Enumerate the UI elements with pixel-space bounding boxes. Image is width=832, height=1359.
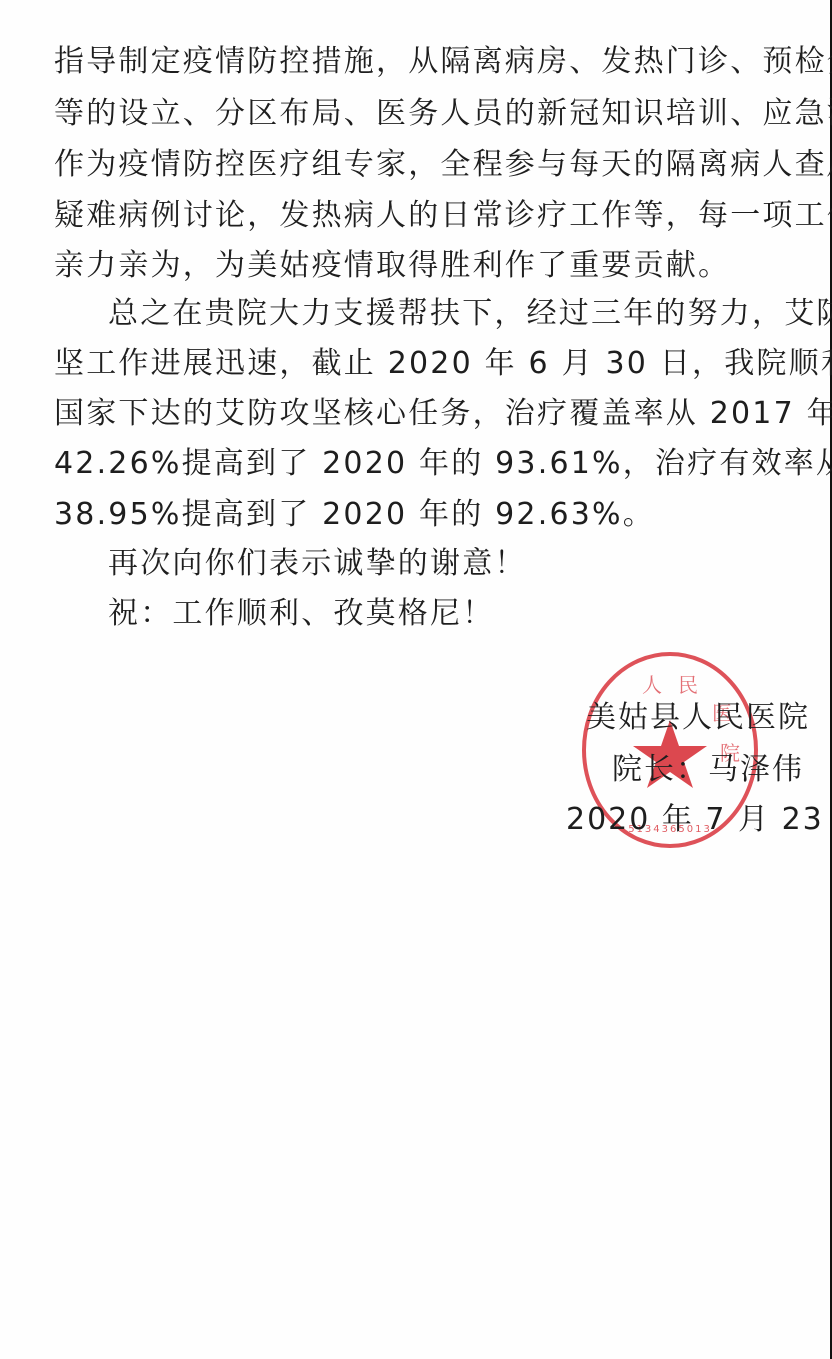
body-line: 国家下达的艾防攻坚核心任务，治疗覆盖率从 2017 年的 bbox=[54, 396, 832, 432]
svg-text:民: 民 bbox=[678, 673, 698, 697]
body-line: 亲力亲为，为美姑疫情取得胜利作了重要贡献。 bbox=[54, 248, 730, 284]
body-line: 作为疫情防控医疗组专家，全程参与每天的隔离病人查房、 bbox=[54, 147, 832, 183]
signature-president: 院长：马泽伟 bbox=[612, 752, 804, 788]
body-line: 38.95%提高到了 2020 年的 92.63%。 bbox=[54, 497, 655, 533]
signature-organization: 美姑县人民医院 bbox=[586, 700, 810, 736]
body-line: 总之在贵院大力支援帮扶下，经过三年的努力，艾防攻 bbox=[108, 296, 832, 332]
body-line: 指导制定疫情防控措施，从隔离病房、发热门诊、预检分诊 bbox=[54, 44, 832, 80]
closing-wishes: 祝：工作顺利、孜莫格尼！ bbox=[108, 596, 494, 632]
body-line: 42.26%提高到了 2020 年的 93.61%，治疗有效率从 2017 年的 bbox=[54, 446, 832, 482]
body-line: 坚工作进展迅速，截止 2020 年 6 月 30 日，我院顺利完成了 bbox=[54, 346, 832, 382]
closing-thanks: 再次向你们表示诚挚的谢意！ bbox=[108, 546, 527, 582]
body-line: 等的设立、分区布局、医务人员的新冠知识培训、应急演练。 bbox=[54, 96, 832, 132]
body-line: 疑难病例讨论，发热病人的日常诊疗工作等，每一项工作都 bbox=[54, 198, 832, 234]
svg-text:人: 人 bbox=[642, 673, 662, 697]
signature-date: 2020 年 7 月 23 日 bbox=[566, 802, 832, 838]
